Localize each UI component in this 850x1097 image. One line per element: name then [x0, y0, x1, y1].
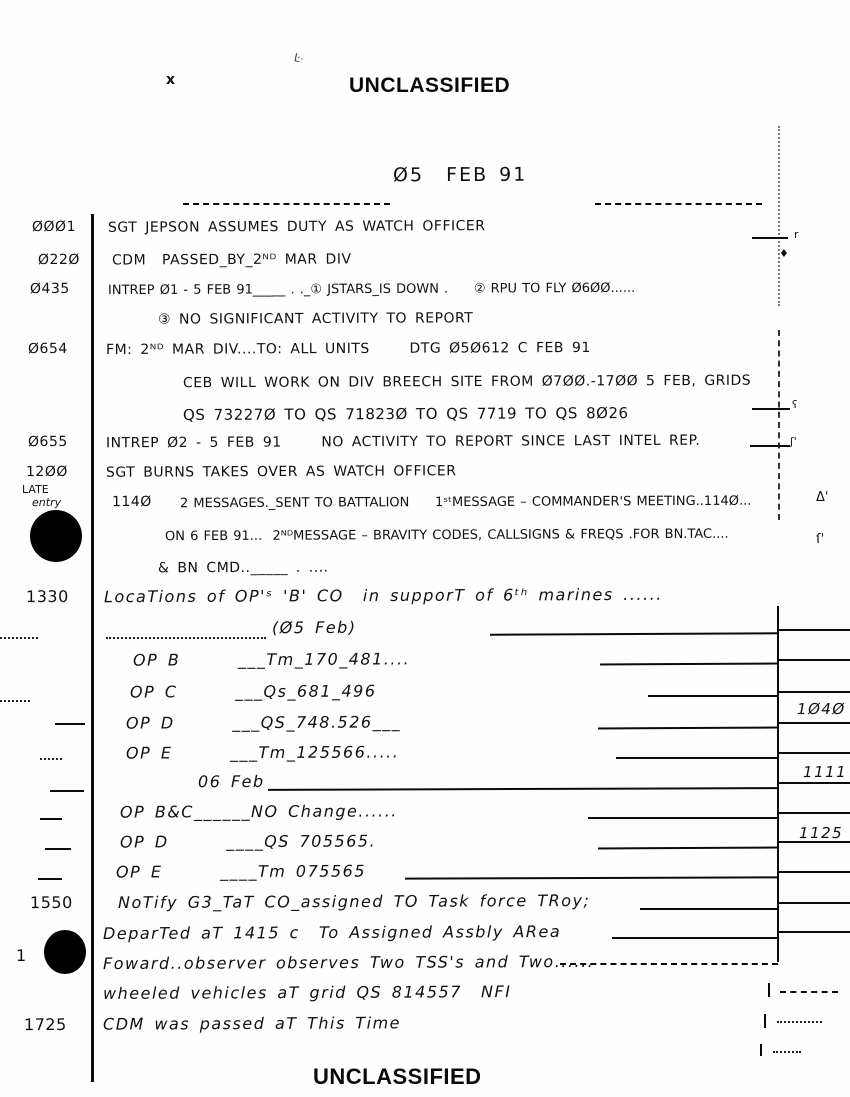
entry-text: QS 73227Ø TO QS 71823Ø TO QS 7719 TO QS …	[183, 404, 629, 424]
entry-text: INTREP Ø2 - 5 FEB 91 NO ACTIVITY TO REPO…	[106, 433, 700, 452]
entry-text: 2 MESSAGES._SENT TO BATTALION 1ˢᵗMESSAGE…	[180, 494, 751, 511]
entry-text: OP C ___Qs_681_496	[130, 681, 377, 701]
ruled-line	[779, 902, 850, 904]
entry-time: Ø435	[30, 281, 70, 297]
entry-text: LocaTions of OP'ˢ 'B' CO in supporT of 6…	[104, 585, 663, 606]
ruled-line	[779, 931, 850, 933]
entry-text: SGT JEPSON ASSUMES DUTY AS WATCH OFFICER	[108, 218, 486, 236]
classification-banner-bottom: UNCLASSIFIED	[313, 1064, 482, 1090]
margin-tick	[752, 237, 788, 239]
date-rule-left	[183, 203, 390, 205]
margin-hook	[773, 1051, 801, 1053]
entry-time: 12ØØ	[26, 464, 68, 480]
ruled-line	[490, 632, 778, 636]
classification-banner-top: UNCLASSIFIED	[349, 74, 510, 98]
margin-mark: Δ'	[816, 490, 828, 505]
ruled-line	[779, 812, 850, 814]
entry-text: NoTify G3_TaT CO_assigned TO Task force …	[118, 891, 590, 912]
date-heading: Ø5 FEB 91	[393, 164, 527, 187]
margin-mark: ♦	[779, 247, 789, 260]
entry-text: ③ NO SIGNIFICANT ACTIVITY TO REPORT	[158, 310, 473, 327]
margin-time: 1125	[799, 824, 843, 842]
entry-text: CDM PASSED_BY_2ᴺᴰ MAR DIV	[112, 251, 352, 268]
margin-time: 1111	[803, 763, 847, 781]
entry-text: CEB WILL WORK ON DIV BREECH SITE FROM Ø7…	[183, 373, 751, 391]
date-rule-right	[595, 203, 762, 205]
margin-mark: ʕ	[792, 398, 798, 411]
entry-text: OP B ___Tm_170_481....	[133, 649, 410, 669]
late-entry-note: entry	[32, 496, 61, 509]
margin-hook	[764, 1014, 766, 1028]
ruled-line	[598, 847, 778, 850]
entry-text: INTREP Ø1 - 5 FEB 91_____ . ._① JSTARS_I…	[108, 281, 635, 298]
entry-time: 1	[16, 946, 27, 965]
entry-text: OP D ___QS_748.526___	[126, 712, 401, 732]
ruled-line	[268, 787, 778, 791]
entry-text: (Ø5 Feb)	[272, 618, 357, 637]
ruled-line	[588, 817, 778, 819]
entry-text: DeparTed aT 1415 c To Assigned Assbly AR…	[103, 922, 561, 943]
margin-dash	[0, 637, 38, 639]
entry-text: OP B&C______NO Change......	[120, 801, 398, 821]
right-rule-dashed	[778, 330, 780, 520]
stray-pen-mark: x	[166, 72, 175, 88]
margin-tick	[750, 445, 790, 447]
entry-time: Ø655	[28, 434, 68, 450]
margin-dash	[40, 758, 62, 760]
entry-text: Foward..observer observes Two TSS's and …	[103, 952, 594, 973]
ruled-line	[779, 659, 850, 661]
ruled-line	[779, 871, 850, 873]
margin-mark: r	[794, 228, 799, 241]
entry-time: Ø22Ø	[38, 252, 80, 268]
ruled-line	[600, 663, 778, 666]
entry-time: 1550	[30, 893, 73, 912]
redaction-dot	[30, 510, 82, 562]
ruled-line	[612, 937, 778, 939]
margin-dash	[45, 848, 71, 850]
entry-text: CDM was passed aT This Time	[103, 1013, 401, 1033]
entry-text: wheeled vehicles aT grid QS 814557 NFI	[103, 982, 512, 1003]
margin-dash	[38, 878, 62, 880]
margin-hook	[768, 983, 770, 997]
ruled-line	[779, 691, 850, 693]
redaction-dot	[44, 930, 86, 974]
margin-dash	[0, 700, 30, 702]
margin-hook	[777, 1021, 822, 1023]
ruled-line	[779, 629, 850, 631]
scanned-log-page: UNCLASSIFIED UNCLASSIFIED x Ŀ· Ø5 FEB 91…	[0, 0, 850, 1097]
entry-time: Ø654	[28, 341, 68, 357]
ruled-line	[779, 752, 850, 754]
entry-time: 1725	[24, 1015, 67, 1034]
ruled-line	[616, 757, 778, 759]
margin-mark: ʃ'	[790, 435, 797, 448]
ruled-line	[648, 695, 778, 697]
ruled-line	[779, 722, 850, 724]
ruled-line	[779, 782, 850, 784]
entry-text: FM: 2ᴺᴰ MAR DIV....TO: ALL UNITS DTG Ø5Ø…	[106, 340, 591, 358]
ruled-line	[560, 963, 778, 965]
entry-text: 06 Feb	[198, 772, 265, 791]
margin-mark: ſ'	[816, 532, 824, 547]
right-rule-dotted	[778, 126, 780, 306]
margin-dash	[50, 790, 84, 792]
margin-hook	[780, 991, 838, 993]
ruled-line	[640, 908, 778, 910]
entry-text: OP E ___Tm_125566.....	[126, 742, 399, 762]
entry-time: ØØØ1	[32, 219, 76, 235]
margin-tick	[752, 408, 790, 410]
scan-smudge: Ŀ·	[293, 51, 305, 66]
entry-time: 1330	[26, 587, 69, 606]
late-entry-note: LATE	[22, 483, 49, 496]
entry-text: ON 6 FEB 91... 2ᴺᴰMESSAGE – BRAVITY CODE…	[165, 527, 729, 544]
entry-text: OP D ____QS 705565.	[120, 831, 376, 851]
margin-rule-vertical	[91, 214, 94, 1082]
margin-dash	[40, 818, 62, 820]
margin-hook	[760, 1044, 762, 1056]
entry-text: & BN CMD.._____ . ....	[158, 560, 329, 577]
margin-time: 1Ø4Ø	[797, 700, 846, 718]
ruled-line	[598, 727, 778, 730]
entry-text: OP E ____Tm 075565	[116, 861, 366, 881]
ruled-line	[405, 876, 778, 879]
margin-dash	[106, 637, 266, 639]
entry-text: SGT BURNS TAKES OVER AS WATCH OFFICER	[106, 463, 457, 481]
entry-time: 114Ø	[112, 494, 152, 510]
margin-dash	[55, 723, 85, 725]
ruled-line	[779, 841, 850, 843]
